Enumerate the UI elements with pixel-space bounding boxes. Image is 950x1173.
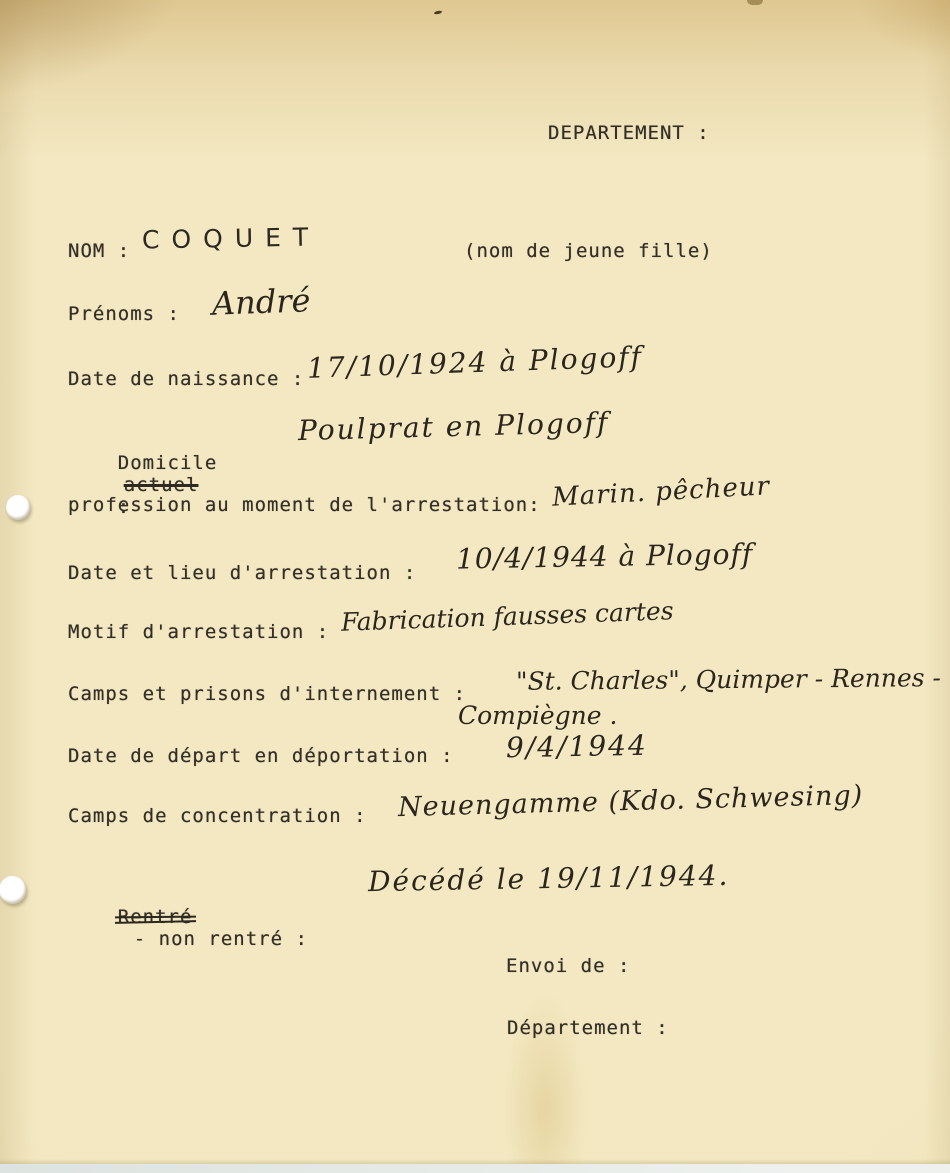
header-departement-label: DEPARTEMENT : [548, 122, 710, 144]
field-envoi-label: Envoi de : [506, 955, 630, 977]
field-camps-internement-value-line2: Compiègne . [458, 701, 617, 730]
field-domicile-value: Poulprat en Plogoff [298, 406, 610, 447]
field-rentre-value: Décédé le 19/11/1944. [368, 859, 730, 898]
field-prenoms-value: André [211, 281, 311, 322]
field-camps-internement-label: Camps et prisons d'internement : [68, 683, 466, 705]
field-rentre-label-struck-word: Rentré [118, 906, 193, 928]
field-profession-value: Marin. pêcheur [551, 471, 770, 512]
field-camps-concentration-value: Neuengamme (Kdo. Schwesing) [398, 780, 864, 823]
field-prenoms-label: Prénoms : [68, 303, 180, 325]
field-camps-concentration-label: Camps de concentration : [68, 805, 367, 827]
field-nom-label: NOM : [68, 240, 130, 262]
field-domicile-label-word: Domicile [118, 452, 218, 474]
field-date-lieu-arrestation-value: 10/4/1944 à Plogoff [456, 537, 754, 575]
field-nom-value: COQUET [142, 222, 321, 254]
scan-bottom-edge [0, 1164, 950, 1173]
scanned-form-page: DEPARTEMENT : NOM : COQUET (nom de jeune… [0, 0, 950, 1173]
field-date-depart-deportation-label: Date de départ en déportation : [68, 745, 454, 767]
ink-speck [434, 10, 442, 15]
field-domicile-label-struck-word: actuel [124, 474, 199, 496]
field-motif-arrestation-label: Motif d'arrestation : [68, 621, 329, 643]
top-edge-mark [747, 0, 763, 5]
hole-punch-bottom [0, 876, 26, 904]
field-domicile-label: Domicile actuel : [68, 430, 217, 540]
field-date-naissance-label: Date de naissance : [68, 368, 304, 390]
field-rentre-label-rest: - non rentré : [134, 928, 308, 950]
field-date-naissance-value: 17/10/1924 à Plogoff [307, 340, 644, 385]
hole-punch-top [6, 495, 30, 520]
field-date-depart-deportation-value: 9/4/1944 [506, 729, 648, 764]
field-date-lieu-arrestation-label: Date et lieu d'arrestation : [68, 562, 416, 584]
field-motif-arrestation-value: Fabrication fausses cartes [341, 596, 674, 637]
field-rentre-label: Rentré - non rentré : [68, 884, 308, 972]
field-departement-bas-label: Département : [507, 1017, 669, 1039]
field-nom-maiden-note: (nom de jeune fille) [464, 240, 713, 262]
field-profession-label: profession au moment de l'arrestation: [68, 494, 541, 516]
field-camps-internement-value-line1: "St. Charles", Quimper - Rennes - [516, 663, 941, 696]
